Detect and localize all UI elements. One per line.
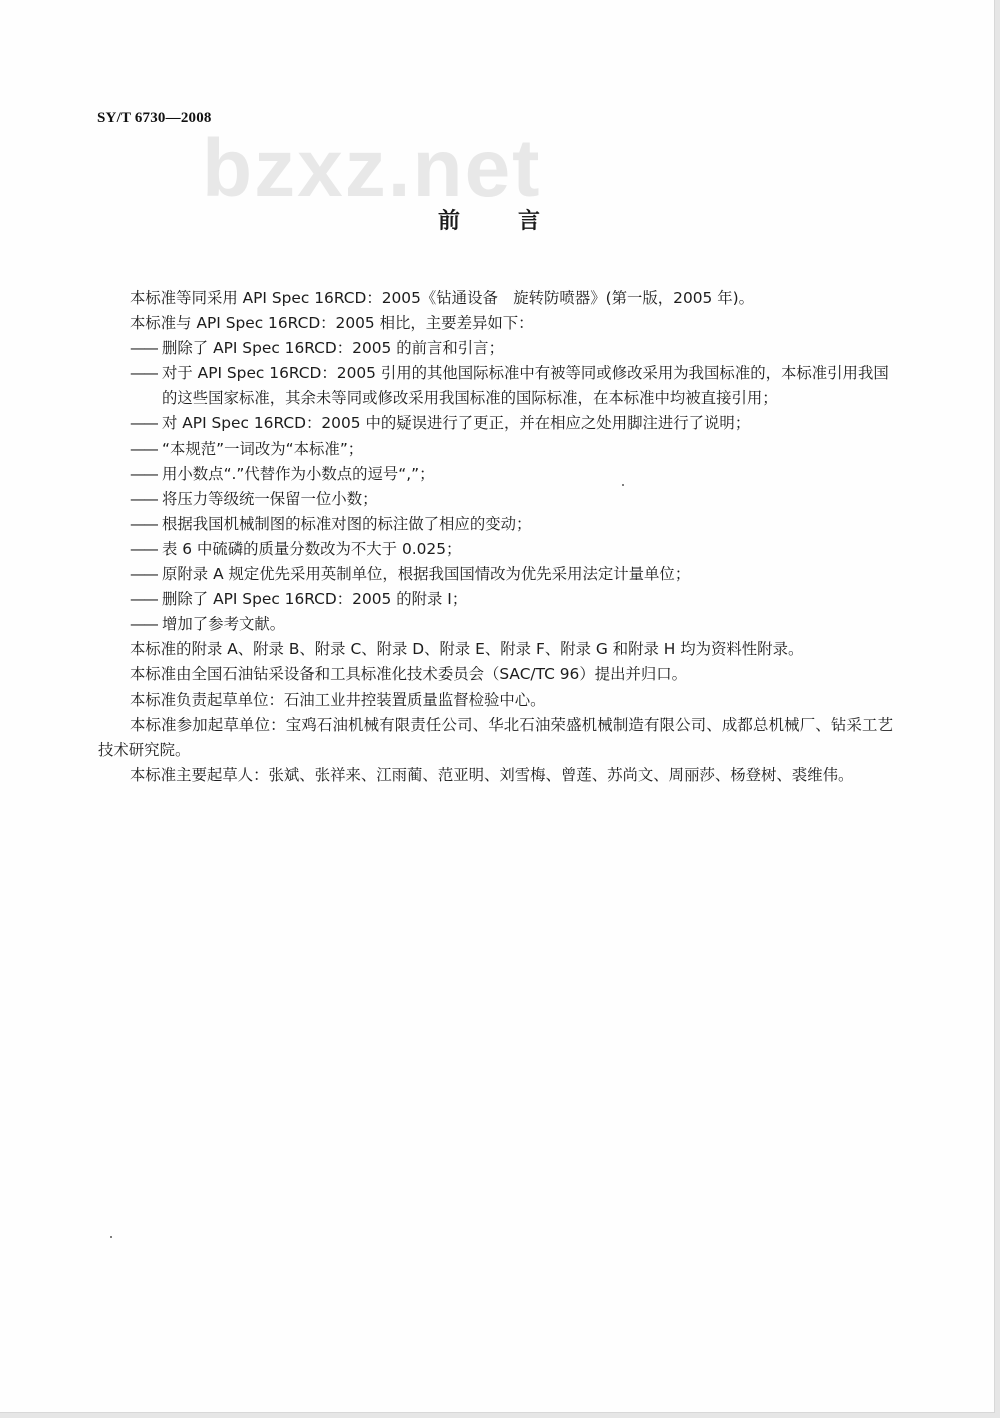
list-item: ——原附录 A 规定优先采用英制单位，根据我国国情改为优先采用法定计量单位； <box>98 562 893 587</box>
list-item-text: 原附录 A 规定优先采用英制单位，根据我国国情改为优先采用法定计量单位； <box>162 565 690 583</box>
dash-marker: —— <box>130 361 162 386</box>
dash-marker: —— <box>130 537 162 562</box>
dash-marker: —— <box>130 587 162 612</box>
list-item-text: 用小数点“.”代替作为小数点的逗号“,”； <box>162 465 435 483</box>
dash-marker: —— <box>130 462 162 487</box>
paragraph-main-drafters: 本标准主要起草人：张斌、张祥来、江雨蔺、范亚明、刘雪梅、曾莲、苏尚文、周丽莎、杨… <box>98 763 893 788</box>
title-part-1: 前 <box>438 204 460 235</box>
dash-marker: —— <box>130 562 162 587</box>
standard-number: SY/T 6730—2008 <box>97 110 212 127</box>
list-item-text: 增加了参考文献。 <box>162 615 285 633</box>
dash-marker: —— <box>130 437 162 462</box>
list-item: ——删除了 API Spec 16RCD：2005 的附录 I； <box>98 587 893 612</box>
list-item-text: 表 6 中硫磷的质量分数改为不大于 0.025； <box>162 540 461 558</box>
list-item: ——“本规范”一词改为“本标准”； <box>98 437 893 462</box>
list-item: ——用小数点“.”代替作为小数点的逗号“,”； <box>98 462 893 487</box>
differences-list: ——删除了 API Spec 16RCD：2005 的前言和引言； ——对于 A… <box>98 336 893 637</box>
list-item: ——将压力等级统一保留一位小数； <box>98 487 893 512</box>
paragraph-proposer: 本标准由全国石油钻采设备和工具标准化技术委员会（SAC/TC 96）提出并归口。 <box>98 662 893 687</box>
list-item-text: “本规范”一词改为“本标准”； <box>162 440 363 458</box>
foreword-body: 本标准等同采用 API Spec 16RCD：2005《钻通设备 旋转防喷器》(… <box>98 286 893 788</box>
watermark: bzxz.net <box>202 128 541 210</box>
dash-marker: —— <box>130 612 162 637</box>
dash-marker: —— <box>130 336 162 361</box>
list-item: ——增加了参考文献。 <box>98 612 893 637</box>
paragraph-adoption: 本标准等同采用 API Spec 16RCD：2005《钻通设备 旋转防喷器》(… <box>98 286 893 311</box>
paragraph-differences-intro: 本标准与 API Spec 16RCD：2005 相比，主要差异如下： <box>98 311 893 336</box>
list-item: ——对于 API Spec 16RCD：2005 引用的其他国际标准中有被等同或… <box>98 361 893 411</box>
list-item-text: 删除了 API Spec 16RCD：2005 的前言和引言； <box>162 339 504 357</box>
list-item-text: 删除了 API Spec 16RCD：2005 的附录 I； <box>162 590 467 608</box>
list-item: ——对 API Spec 16RCD：2005 中的疑误进行了更正，并在相应之处… <box>98 411 893 436</box>
page-title: 前言 <box>438 204 540 235</box>
title-part-2: 言 <box>518 204 540 235</box>
paragraph-participating-drafters: 本标准参加起草单位：宝鸡石油机械有限责任公司、华北石油荣盛机械制造有限公司、成都… <box>98 713 893 763</box>
paragraph-lead-drafter: 本标准负责起草单位：石油工业井控装置质量监督检验中心。 <box>98 688 893 713</box>
list-item: ——根据我国机械制图的标准对图的标注做了相应的变动； <box>98 512 893 537</box>
dash-marker: —— <box>130 487 162 512</box>
list-item: ——删除了 API Spec 16RCD：2005 的前言和引言； <box>98 336 893 361</box>
list-item-text: 将压力等级统一保留一位小数； <box>162 490 377 508</box>
list-item-text: 根据我国机械制图的标准对图的标注做了相应的变动； <box>162 515 531 533</box>
paragraph-annexes: 本标准的附录 A、附录 B、附录 C、附录 D、附录 E、附录 F、附录 G 和… <box>98 637 893 662</box>
dash-marker: —— <box>130 411 162 436</box>
list-item: ——表 6 中硫磷的质量分数改为不大于 0.025； <box>98 537 893 562</box>
scan-speck <box>622 484 624 486</box>
scan-speck <box>110 1236 112 1238</box>
list-item-text: 对 API Spec 16RCD：2005 中的疑误进行了更正，并在相应之处用脚… <box>162 414 750 432</box>
document-page: SY/T 6730—2008 bzxz.net 前言 本标准等同采用 API S… <box>0 0 995 1413</box>
dash-marker: —— <box>130 512 162 537</box>
list-item-text: 对于 API Spec 16RCD：2005 引用的其他国际标准中有被等同或修改… <box>162 364 889 407</box>
